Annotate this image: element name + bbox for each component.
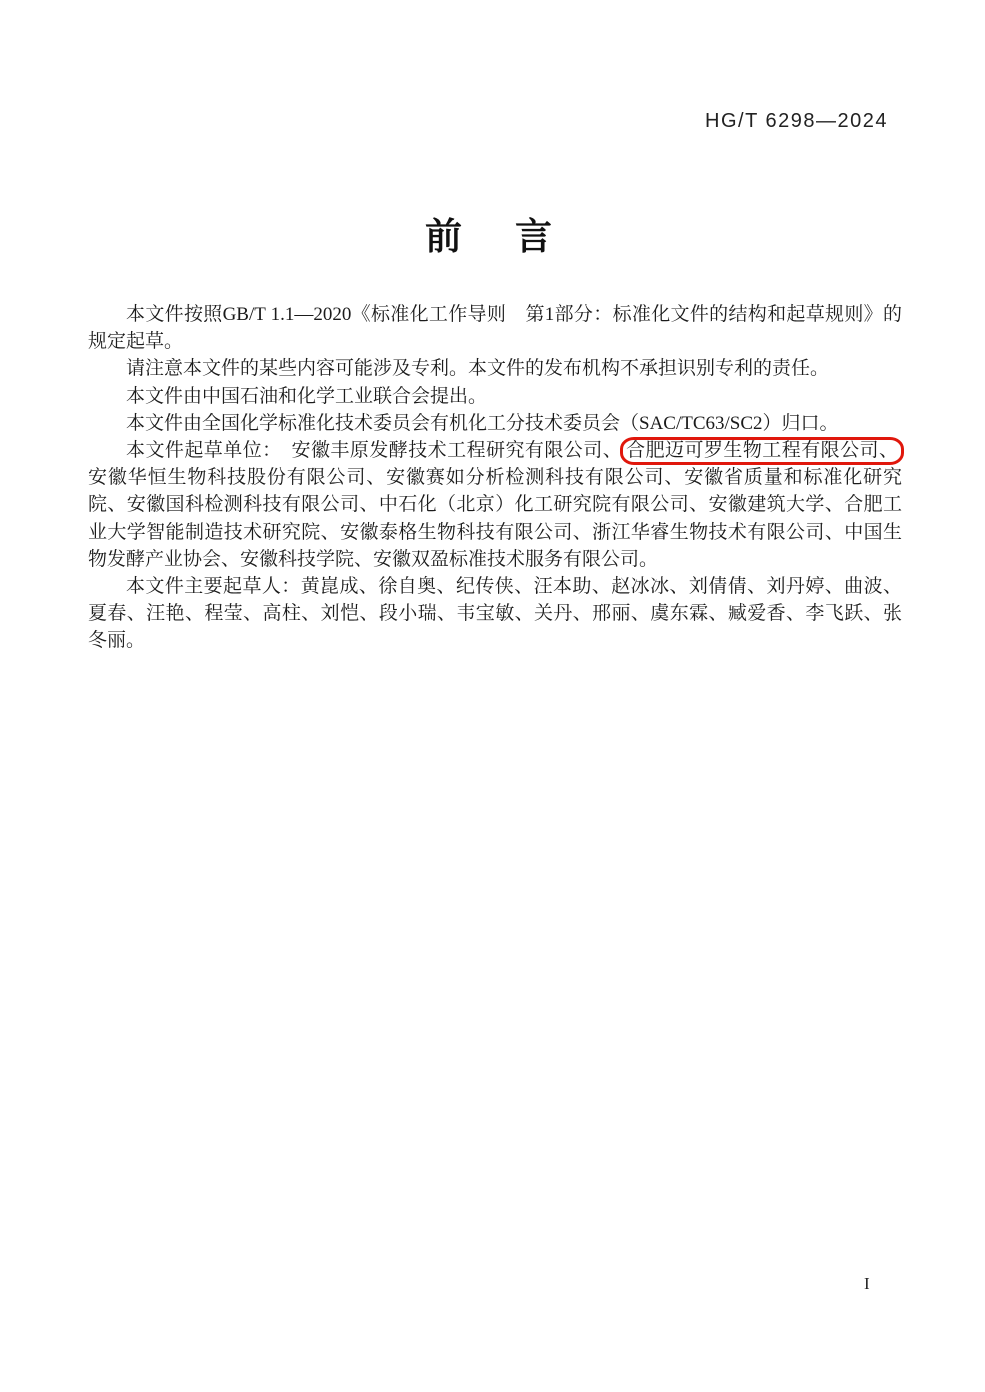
red-ellipse-annotation: 合肥迈可罗生物工程有限公司、 [620,437,904,465]
paragraph-proposed-by: 本文件由中国石油和化学工业联合会提出。 [88,383,902,410]
paragraph-drafters: 本文件主要起草人：黄崑成、徐自奥、纪传侠、汪本助、赵冰冰、刘倩倩、刘丹婷、曲波、… [88,573,902,655]
page-number: I [864,1274,870,1294]
paragraph-patent-notice: 请注意本文件的某些内容可能涉及专利。本文件的发布机构不承担识别专利的责任。 [88,355,902,382]
foreword-title: 前 言 [0,206,985,260]
paragraph-drafting-rules: 本文件按照GB/T 1.1—2020《标准化工作导则 第1部分：标准化文件的结构… [88,301,902,355]
standard-number-header: HG/T 6298—2024 [705,110,888,133]
drafting-units-post: 安徽华恒生物科技股份有限公司、安徽赛如分析检测科技有限公司、安徽省质量和标准化研… [88,467,902,570]
drafting-units-pre: 本文件起草单位： 安徽丰原发酵技术工程研究有限公司、 [126,440,622,461]
paragraph-drafting-units: 本文件起草单位： 安徽丰原发酵技术工程研究有限公司、合肥迈可罗生物工程有限公司、… [88,437,902,573]
paragraph-committee: 本文件由全国化学标准化技术委员会有机化工分技术委员会（SAC/TC63/SC2）… [88,410,902,437]
document-page: HG/T 6298—2024 前 言 本文件按照GB/T 1.1—2020《标准… [0,0,985,1392]
foreword-body: 本文件按照GB/T 1.1—2020《标准化工作导则 第1部分：标准化文件的结构… [88,301,902,655]
